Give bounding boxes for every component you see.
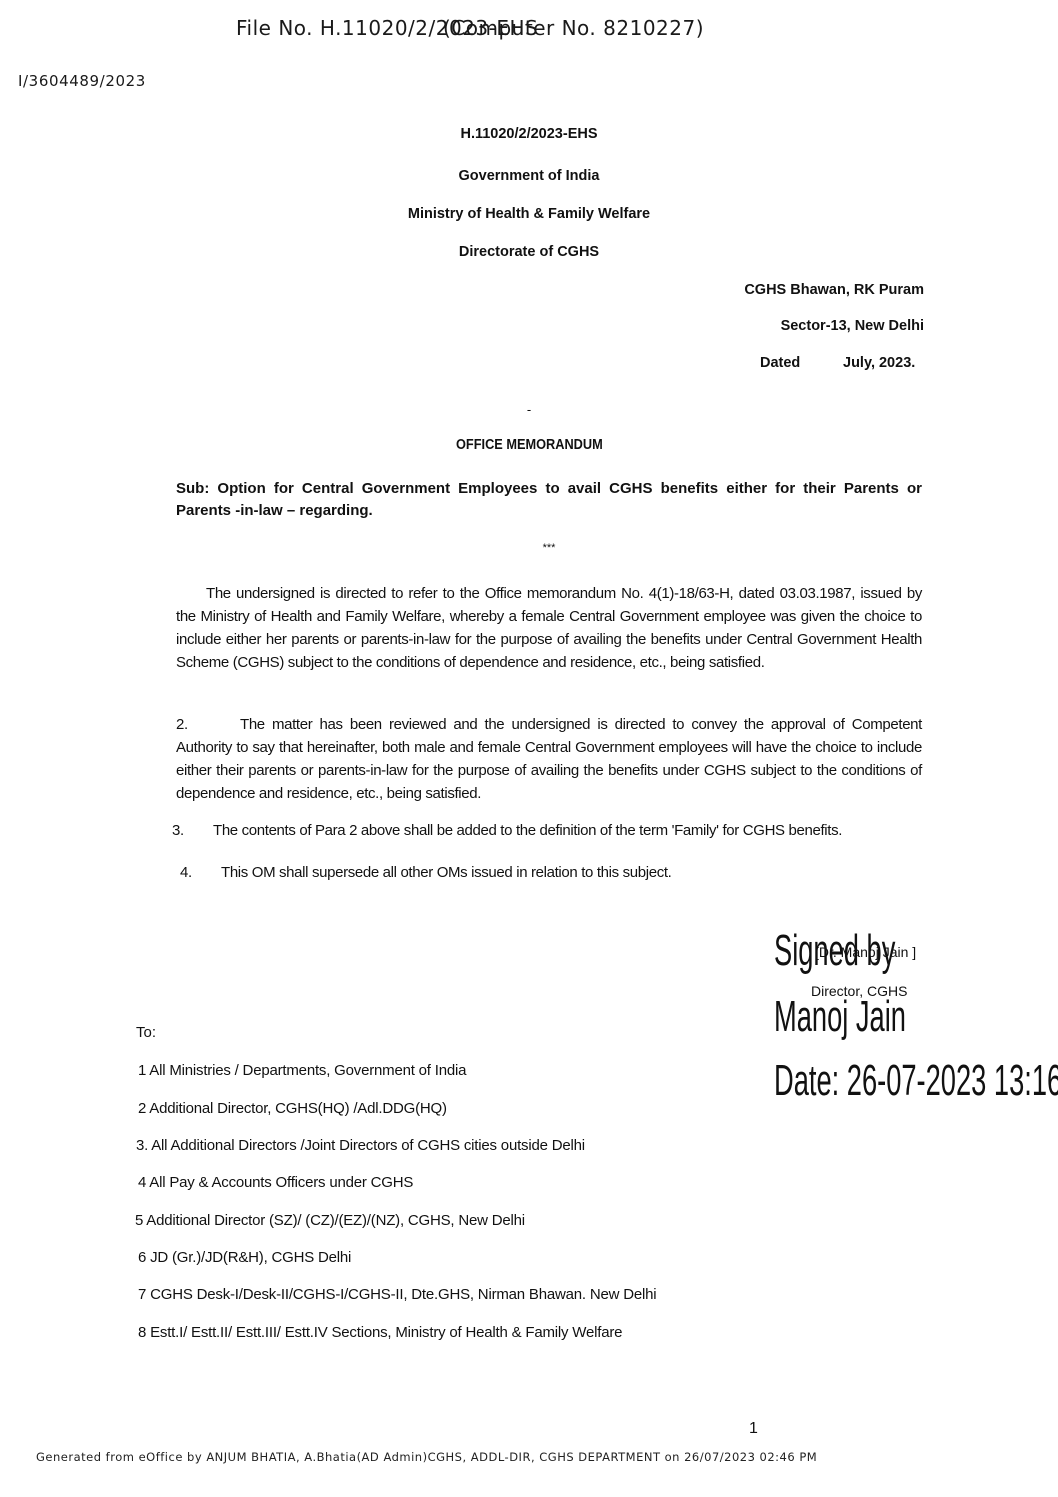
recipient-item: 5 Additional Director (SZ)/ (CZ)/(EZ)/(N… — [135, 1212, 525, 1229]
paragraph-2-number: 2. — [176, 713, 240, 736]
separator-dash: - — [0, 402, 1058, 417]
recipient-item: 8 Estt.I/ Estt.II/ Estt.III/ Estt.IV Sec… — [138, 1324, 622, 1341]
dated-label: Dated — [760, 355, 800, 371]
separator-stars: *** — [0, 542, 1058, 554]
paragraph-4-text: This OM shall supersede all other OMs is… — [221, 864, 672, 881]
ministry-heading: Ministry of Health & Family Welfare — [0, 206, 1058, 222]
digital-signature-stamp-line-3: Date: 26-07-2023 13:16:44 — [774, 1056, 1058, 1106]
recipient-item: 4 All Pay & Accounts Officers under CGHS — [138, 1174, 413, 1191]
computer-number-header: (Computer No. 8210227) — [443, 16, 704, 40]
receipt-number: I/3604489/2023 — [18, 72, 146, 90]
generated-footer: Generated from eOffice by ANJUM BHATIA, … — [36, 1450, 817, 1464]
paragraph-4-number: 4. — [180, 864, 192, 881]
recipient-item: 7 CGHS Desk-I/Desk-II/CGHS-I/CGHS-II, Dt… — [138, 1286, 656, 1303]
dated-value: July, 2023. — [843, 355, 915, 371]
directorate-heading: Directorate of CGHS — [0, 244, 1058, 260]
memo-title: OFFICE MEMORANDUM — [0, 437, 1058, 453]
paragraph-3-text: The contents of Para 2 above shall be ad… — [213, 822, 842, 839]
paragraph-2-text: The matter has been reviewed and the und… — [176, 716, 922, 802]
recipient-item: 3. All Additional Directors /Joint Direc… — [136, 1137, 585, 1154]
paragraph-1: The undersigned is directed to refer to … — [176, 582, 922, 674]
recipient-item: 2 Additional Director, CGHS(HQ) /Adl.DDG… — [138, 1100, 447, 1117]
reference-number: H.11020/2/2023-EHS — [0, 126, 1058, 142]
memo-subject-text: Sub: Option for Central Government Emplo… — [176, 478, 922, 522]
paragraph-3-number: 3. — [172, 822, 184, 839]
memo-subject: Sub: Option for Central Government Emplo… — [176, 478, 922, 522]
memo-title-text: OFFICE MEMORANDUM — [456, 437, 603, 453]
recipient-item: 1 All Ministries / Departments, Governme… — [138, 1062, 466, 1079]
recipient-item: 6 JD (Gr.)/JD(R&H), CGHS Delhi — [138, 1249, 351, 1266]
address-line-1: CGHS Bhawan, RK Puram — [744, 282, 924, 298]
page-number: 1 — [749, 1420, 758, 1438]
recipients-label: To: — [136, 1024, 156, 1041]
digital-signature-stamp-line-1: Signed by — [774, 926, 895, 976]
address-line-2: Sector-13, New Delhi — [781, 318, 924, 334]
digital-signature-stamp-line-2: Manoj Jain — [774, 992, 906, 1042]
paragraph-2: 2.The matter has been reviewed and the u… — [176, 713, 922, 805]
government-heading: Government of India — [0, 168, 1058, 184]
